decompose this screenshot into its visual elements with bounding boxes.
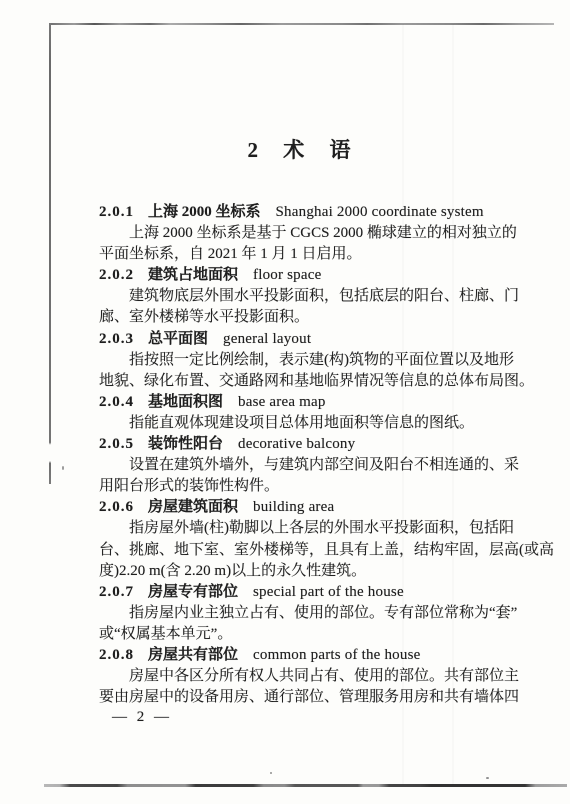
section-number: 2.0.7 [99, 584, 134, 600]
term-chinese: 总平面图 [148, 331, 208, 347]
scan-bottom-edge-line [44, 784, 567, 787]
section-number: 2.0.8 [99, 647, 134, 663]
section-heading-2.0.6: 2.0.6房屋建筑面积building area [99, 497, 520, 518]
terms-content: 2.0.1上海 2000 坐标系Shanghai 2000 coordinate… [99, 202, 520, 708]
term-chinese: 房屋共有部位 [148, 647, 238, 663]
term-english: Shanghai 2000 coordinate system [276, 204, 484, 220]
term-english: special part of the house [253, 584, 404, 600]
definition-line: 设置在建筑外墙外，与建筑内部空间及阳台不相连通的、采 [99, 455, 520, 476]
definition-line: 指按照一定比例绘制，表示建(构)筑物的平面位置以及地形 [99, 350, 520, 371]
chapter-title: 2 术 语 [90, 134, 510, 164]
term-english: general layout [223, 331, 311, 347]
section-heading-2.0.8: 2.0.8房屋共有部位common parts of the house [99, 645, 520, 666]
scan-noise-speck [62, 466, 64, 470]
term-english: floor space [253, 267, 321, 283]
section-number: 2.0.4 [99, 394, 134, 410]
term-chinese: 建筑占地面积 [148, 267, 238, 283]
term-chinese: 基地面积图 [148, 394, 223, 410]
definition-line: 地貌、绿化布置、交通路网和基地临界情况等信息的总体布局图。 [99, 371, 520, 392]
section-number: 2.0.6 [99, 499, 134, 515]
section-number: 2.0.5 [99, 436, 134, 452]
page-number: — 2 — [112, 709, 169, 726]
term-english: base area map [238, 394, 326, 410]
definition-line: 指房屋外墙(柱)勒脚以上各层的外围水平投影面积，包括阳 [99, 518, 520, 539]
definition-line: 廊、室外楼梯等水平投影面积。 [99, 307, 520, 328]
term-english: building area [253, 499, 334, 515]
definition-line: 指能直观体现建设项目总体用地面积等信息的图纸。 [99, 413, 520, 434]
definition-line: 上海 2000 坐标系是基于 CGCS 2000 椭球建立的相对独立的 [99, 223, 520, 244]
definition-line: 或“权属基本单元”。 [99, 624, 520, 645]
term-chinese: 房屋建筑面积 [148, 499, 238, 515]
scan-top-edge-line [49, 23, 554, 25]
scan-left-edge-line [49, 23, 51, 484]
definition-line: 用阳台形式的装饰性构件。 [99, 476, 520, 497]
scanned-document-page: 2 术 语 2.0.1上海 2000 坐标系Shanghai 2000 coor… [0, 0, 570, 804]
section-number: 2.0.3 [99, 331, 134, 347]
definition-line: 建筑物底层外围水平投影面积，包括底层的阳台、柱廊、门 [99, 286, 520, 307]
term-chinese: 房屋专有部位 [148, 584, 238, 600]
definition-line: 房屋中各区分所有权人共同占有、使用的部位。共有部位主 [99, 666, 520, 687]
term-chinese: 装饰性阳台 [148, 436, 223, 452]
definition-line: 度)2.20 m(含 2.20 m)以上的永久性建筑。 [99, 561, 520, 582]
scan-noise-speck [486, 777, 489, 779]
definition-line: 台、挑廊、地下室、室外楼梯等，且具有上盖，结构牢固，层高(或高 [99, 540, 520, 561]
term-english: common parts of the house [253, 647, 420, 663]
section-heading-2.0.2: 2.0.2建筑占地面积floor space [99, 265, 520, 286]
definition-line: 指房屋内业主独立占有、使用的部位。专有部位常称为“套” [99, 603, 520, 624]
definition-line: 平面坐标系，自 2021 年 1 月 1 日启用。 [99, 244, 520, 265]
section-heading-2.0.7: 2.0.7房屋专有部位special part of the house [99, 582, 520, 603]
section-number: 2.0.2 [99, 267, 134, 283]
section-number: 2.0.1 [99, 204, 134, 220]
term-chinese: 上海 2000 坐标系 [148, 204, 261, 220]
term-english: decorative balcony [238, 436, 355, 452]
section-heading-2.0.1: 2.0.1上海 2000 坐标系Shanghai 2000 coordinate… [99, 202, 520, 223]
section-heading-2.0.4: 2.0.4基地面积图base area map [99, 392, 520, 413]
section-heading-2.0.3: 2.0.3总平面图general layout [99, 329, 520, 350]
scan-noise-speck [270, 772, 272, 774]
section-heading-2.0.5: 2.0.5装饰性阳台decorative balcony [99, 434, 520, 455]
definition-line: 要由房屋中的设备用房、通行部位、管理服务用房和共有墙体四 [99, 687, 520, 708]
